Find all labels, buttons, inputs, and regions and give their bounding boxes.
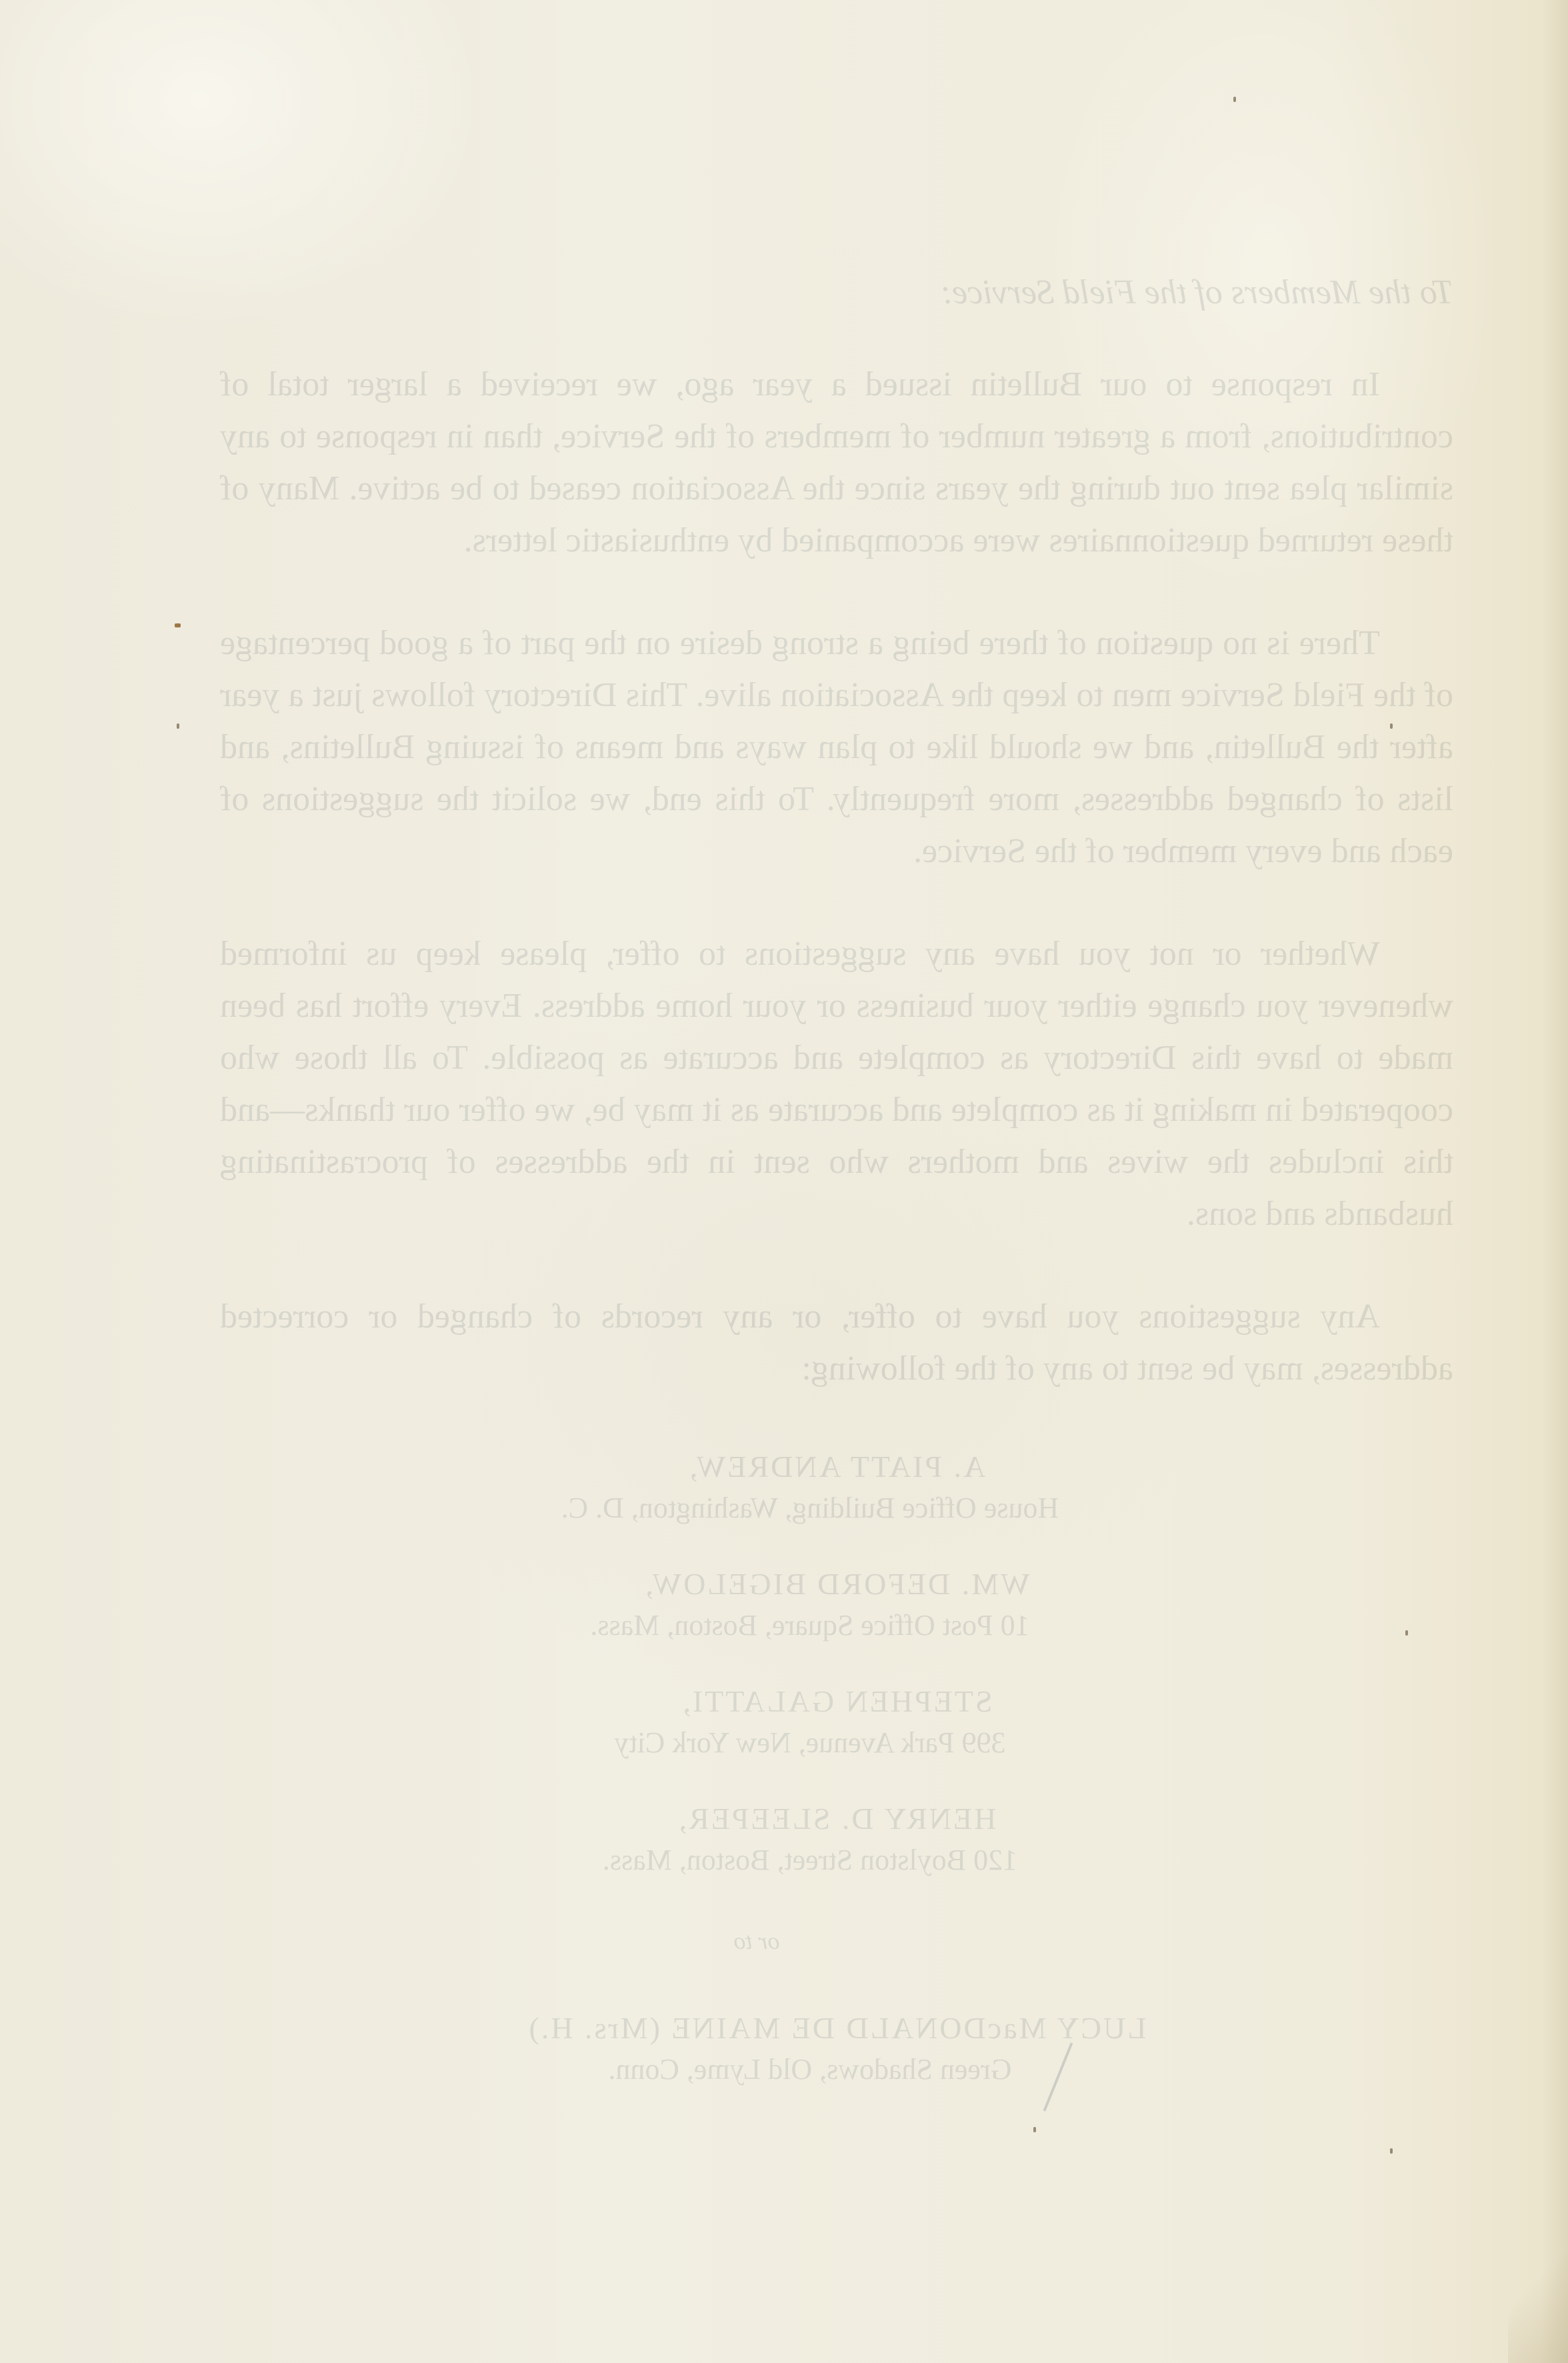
or-to-label: or to <box>220 1915 1293 1967</box>
paper-speck <box>1233 97 1236 102</box>
document-page: To the Members of the Field Service: In … <box>0 0 1568 2363</box>
contact-name: A. PIATT ANDREW, <box>220 1446 1453 1488</box>
contact-address: 399 Park Avenue, New York City <box>220 1723 1453 1763</box>
paper-speck <box>1390 723 1393 729</box>
salutation: To the Members of the Field Service: <box>220 267 1453 319</box>
paper-speck <box>177 723 179 729</box>
paper-edge <box>1541 0 1568 2363</box>
contact-block: HENRY D. SLEEPER, 120 Boylston Street, B… <box>220 1798 1453 1880</box>
contact-address: 10 Post Office Square, Boston, Mass. <box>220 1606 1453 1646</box>
paper-speck <box>1405 1630 1408 1636</box>
contact-name: LUCY MacDONALD DE MAINE (Mrs. H.) <box>220 2007 1453 2050</box>
contact-name: HENRY D. SLEEPER, <box>220 1798 1453 1840</box>
contact-address: House Office Building, Washington, D. C. <box>220 1488 1453 1528</box>
worn-corner <box>1508 2230 1568 2363</box>
contact-address: 120 Boylston Street, Boston, Mass. <box>220 1840 1453 1880</box>
paragraph: Any suggestions you have to offer, or an… <box>220 1291 1453 1395</box>
paragraph: In response to our Bulletin issued a yea… <box>220 359 1453 567</box>
paper-speck <box>175 623 181 627</box>
contact-block: LUCY MacDONALD DE MAINE (Mrs. H.) Green … <box>220 2007 1453 2090</box>
contact-address: Green Shadows, Old Lyme, Conn. <box>220 2050 1453 2090</box>
paragraph: Whether or not you have any suggestions … <box>220 928 1453 1240</box>
paper-speck <box>1033 2127 1036 2132</box>
bleed-through-text: To the Members of the Field Service: In … <box>220 267 1453 2124</box>
contact-block: A. PIATT ANDREW, House Office Building, … <box>220 1446 1453 1528</box>
contact-block: WM. DEFORD BIGELOW, 10 Post Office Squar… <box>220 1563 1453 1646</box>
contact-block: STEPHEN GALATTI, 399 Park Avenue, New Yo… <box>220 1680 1453 1763</box>
contact-name: WM. DEFORD BIGELOW, <box>220 1563 1453 1606</box>
paper-speck <box>1390 2148 1393 2154</box>
contact-name: STEPHEN GALATTI, <box>220 1680 1453 1723</box>
paragraph: There is no question of there being a st… <box>220 617 1453 877</box>
